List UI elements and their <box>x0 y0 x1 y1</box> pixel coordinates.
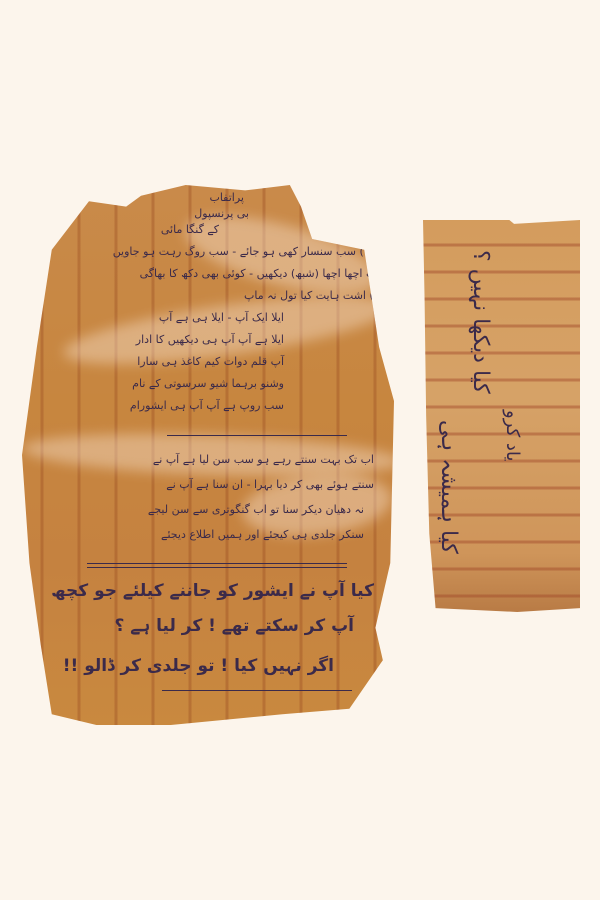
text-line: ایلا ایک آپ - ایلا ہی ہے آپ <box>159 311 284 324</box>
header-line: کے گنگا مائی <box>161 223 219 236</box>
large-text-line: آپ کر سکتے تھے ! کر لیا ہے ؟ <box>115 615 355 636</box>
text-line: ایلا ہے آپ آپ ہی دیکھیں کا ادار <box>136 333 284 346</box>
divider-rule <box>162 690 352 691</box>
divider-rule <box>87 563 347 564</box>
header-line: بی پرنسپول <box>194 207 249 220</box>
vertical-text: کیا ہمیشہ ہی <box>436 420 461 554</box>
underline-rule <box>167 435 347 436</box>
text-line: نہ دھیان دیکر سنا تو اب گنگوتری سے سن لی… <box>148 503 364 516</box>
text-line: سب روپ ہے آپ آپ ہی ایشورام <box>130 399 284 412</box>
birch-bark-left: پراتفاب بی پرنسپول کے گنگا مائی (۱) سب س… <box>22 185 394 725</box>
text-line: وشنو برہما شیو سرسوتی کے نام <box>132 377 284 390</box>
header-line: پراتفاب <box>209 191 244 204</box>
text-line: (۲) اشت ہایت کیا تول نہ ماپ <box>244 289 384 302</box>
text-line: سب اچھا اچھا (شبھ) دیکھیں - کوئی بھی دکھ… <box>140 267 386 280</box>
text-line: (۱) سب سنسار کھی ہو جائے - سب روگ رہت ہو… <box>113 245 374 258</box>
text-line: آپ قلم دوات کیم کاغذ ہی سارا <box>137 355 284 368</box>
text-line: سنکر جلدی ہی کیجئے اور ہمیں اطلاع دیجئے <box>161 528 364 541</box>
large-text-line: اگر نہیں کیا ! تو جلدی کر ڈالو !! <box>63 655 334 676</box>
divider-rule <box>87 567 347 568</box>
vertical-text: کیا دیکھا نہیں ؟ <box>468 250 493 394</box>
large-text-line: کیا آپ نے ایشور کو جاننے کیلئے جو کچھ <box>51 580 374 601</box>
text-line: اب تک بہت سنتے رہے ہو سب سن لیا ہے آپ نے <box>153 453 374 466</box>
vertical-text: یاد کرو <box>502 410 523 461</box>
text-line: سنتے ہوئے بھی کر دیا بہرا - ان سنا ہے آپ… <box>166 478 374 491</box>
birch-bark-right: کیا دیکھا نہیں ؟ یاد کرو کیا ہمیشہ ہی <box>423 220 580 612</box>
